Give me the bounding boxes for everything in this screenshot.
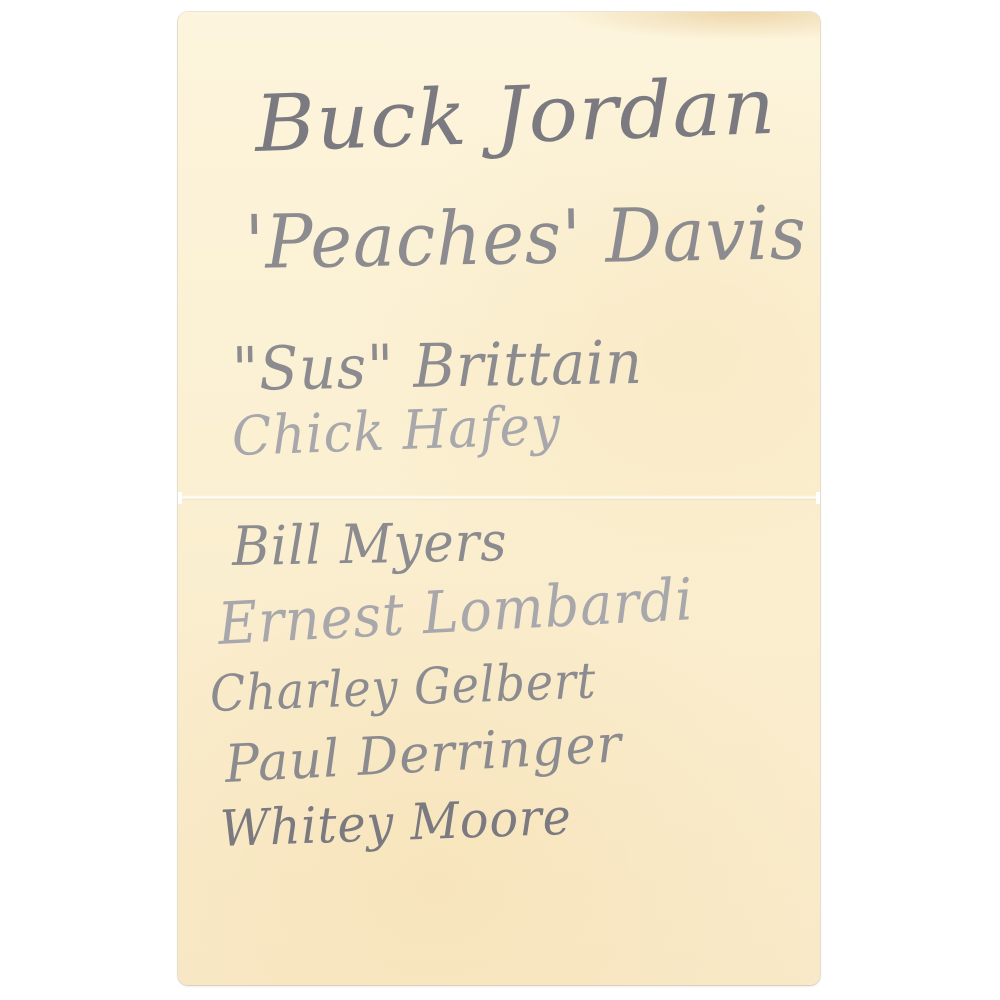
signature-bill-myers: Bill Myers: [231, 510, 508, 578]
signature-whitey-moore: Whitey Moore: [219, 788, 573, 858]
signature-peaches-davis: 'Peaches' Davis: [244, 190, 807, 286]
fold-notch-right: [816, 492, 820, 504]
fold-notch-left: [178, 492, 182, 504]
signature-buck-jordan: Buck Jordan: [253, 62, 777, 170]
card-fold-line: [178, 495, 820, 501]
signature-brittain: "Sus" Brittain: [231, 328, 643, 405]
image-canvas: Buck Jordan 'Peaches' Davis "Sus" Britta…: [0, 0, 1000, 1000]
signature-chick-hafey: Chick Hafey: [231, 394, 562, 468]
